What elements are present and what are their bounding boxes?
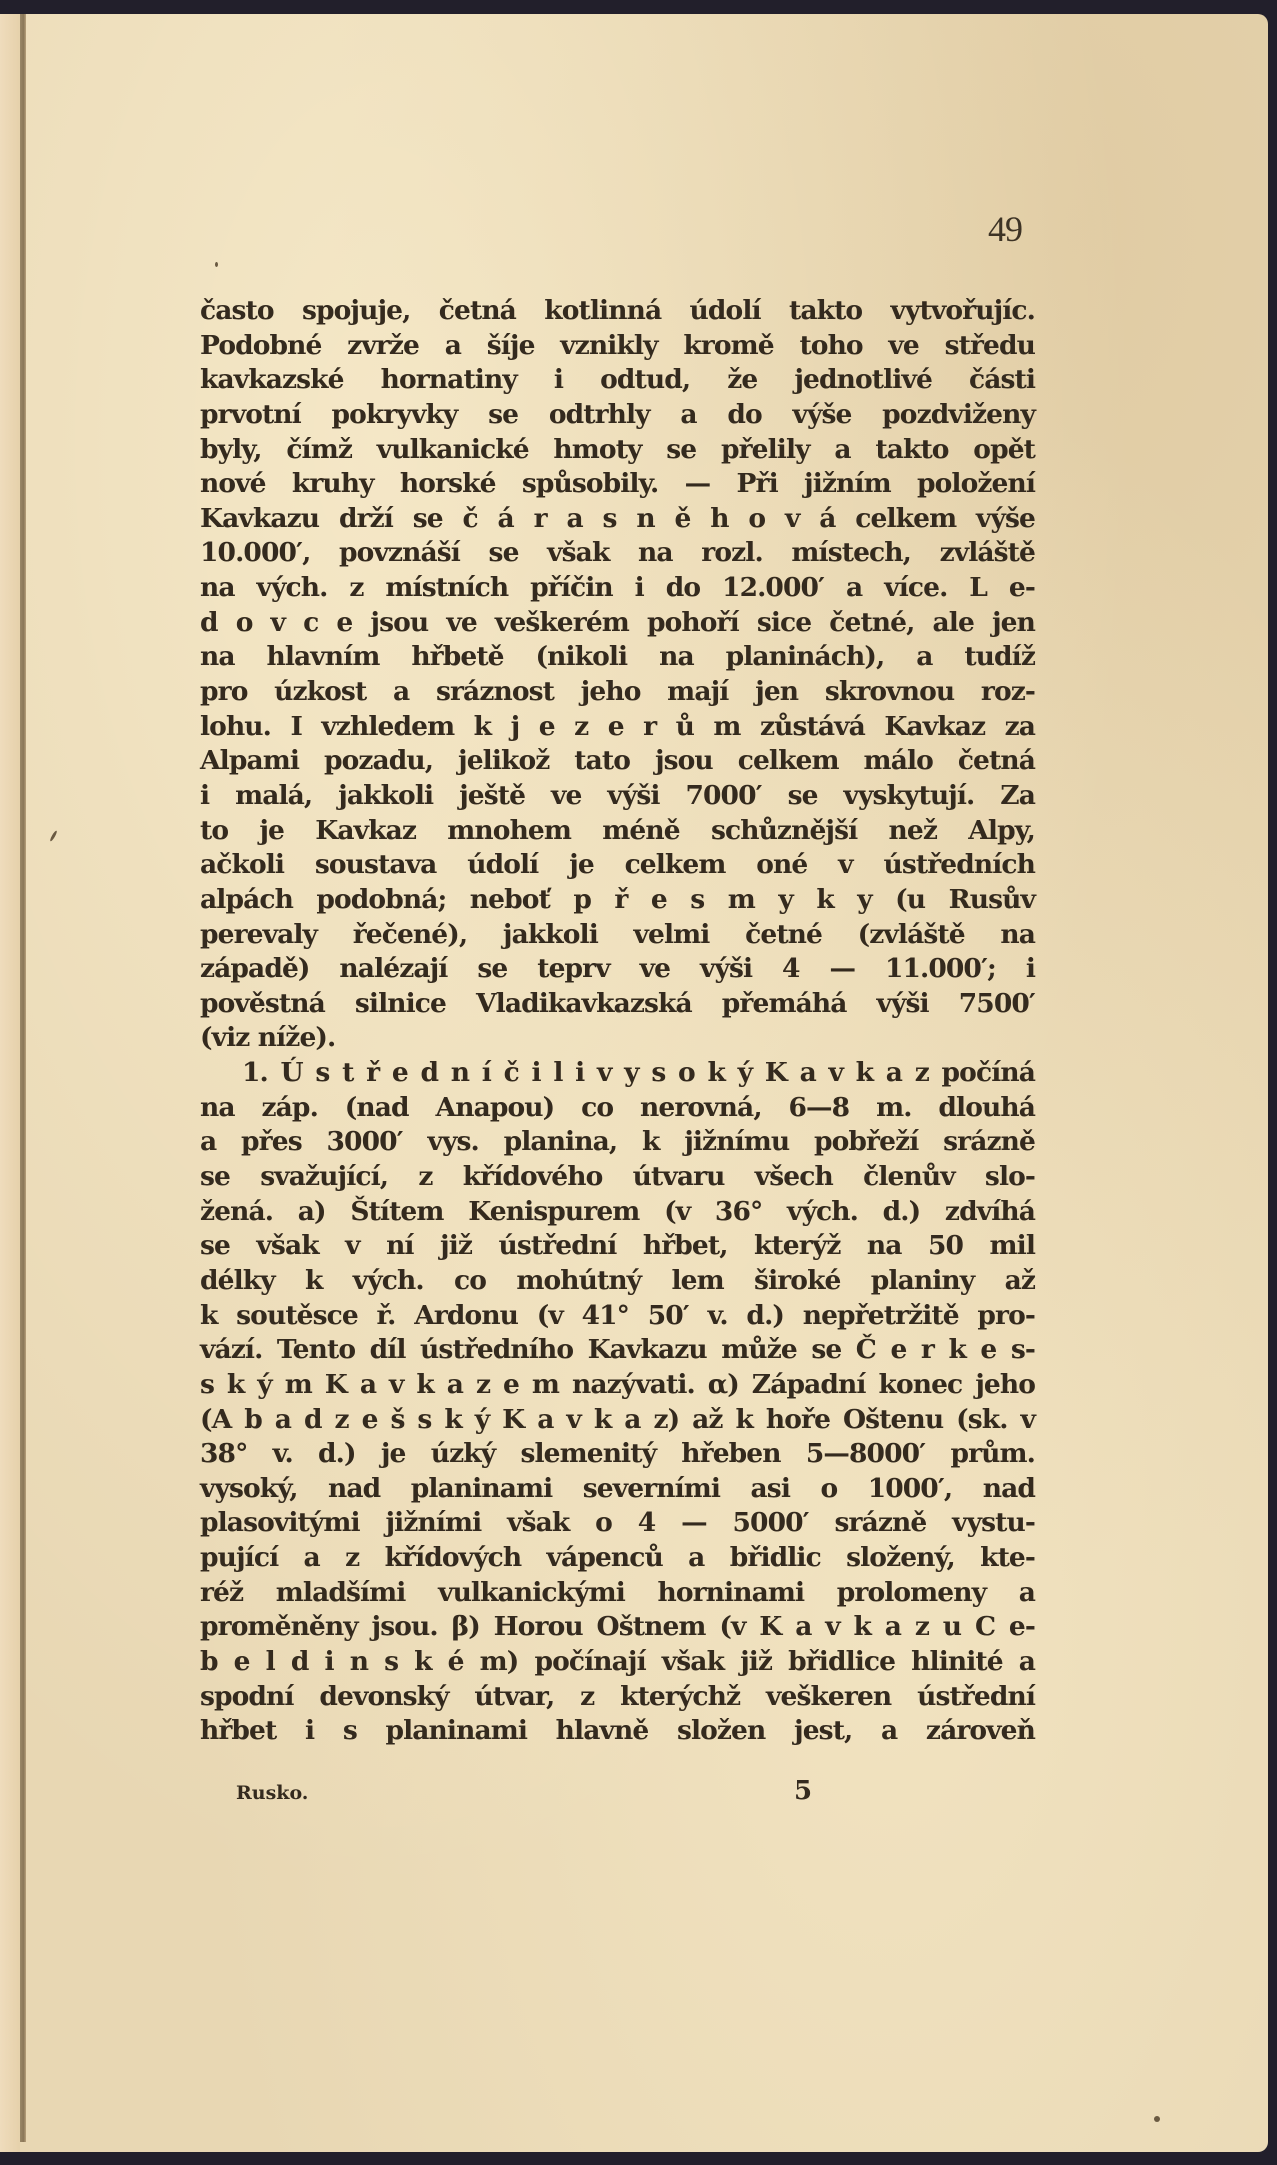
text-line: nové kruhy horské spůsobily. — Při jižní… — [200, 467, 1035, 502]
paper-speck — [49, 830, 58, 842]
text-line: vází. Tento díl ústředního Kavkazu může … — [200, 1333, 1035, 1368]
text-line: pro úzkost a sráznost jeho mají jen skro… — [200, 675, 1035, 710]
body-text: často spojuje, četná kotlinná údolí takt… — [200, 294, 1035, 1749]
text-line: hřbet i s planinami hlavně složen jest, … — [200, 1714, 1035, 1749]
text-line: 38° v. d.) je úzký slemenitý hřeben 5—80… — [200, 1437, 1035, 1472]
binding-gutter-line — [20, 14, 26, 2142]
text-line: plasovitými jižními však o 4 — 5000′ srá… — [200, 1506, 1035, 1541]
text-line: a přes 3000′ vys. planina, k jižnímu pob… — [200, 1125, 1035, 1160]
text-line: d o v c e jsou ve veškerém pohoří sice č… — [200, 606, 1035, 641]
paper-speck — [1154, 2116, 1160, 2122]
text-line: prvotní pokryvky se odtrhly a do výše po… — [200, 398, 1035, 433]
text-line: pověstná silnice Vladikavkazská přemáhá … — [200, 987, 1035, 1022]
text-line: k soutěsce ř. Ardonu (v 41° 50′ v. d.) n… — [200, 1299, 1035, 1334]
text-line: se svažující, z křídového útvaru všech č… — [200, 1160, 1035, 1195]
text-line: žená. a) Štítem Kenispurem (v 36° vých. … — [200, 1195, 1035, 1230]
text-line: Kavkazu drží se č á r a s n ě h o v á ce… — [200, 502, 1035, 537]
text-line: délky k vých. co mohútný lem široké plan… — [200, 1264, 1035, 1299]
text-line: kavkazské hornatiny i odtud, že jednotli… — [200, 363, 1035, 398]
text-line: s k ý m K a v k a z e m nazývati. α) Záp… — [200, 1368, 1035, 1403]
binding-edge — [0, 14, 20, 2152]
text-line: na záp. (nad Anapou) co nerovná, 6—8 m. … — [200, 1091, 1035, 1126]
text-line: se však v ní již ústřední hřbet, kterýž … — [200, 1229, 1035, 1264]
text-line: pující a z křídových vápenců a břidlic s… — [200, 1541, 1035, 1576]
text-line: na hlavním hřbetě (nikoli na planinách),… — [200, 640, 1035, 675]
book-page: 49 často spojuje, četná kotlinná údolí t… — [0, 14, 1268, 2152]
section-heading-line: 1. Ú s t ř e d n í č i l i v y s o k ý K… — [200, 1056, 1035, 1091]
text-line: réž mladšími vulkanickými horninami prol… — [200, 1576, 1035, 1611]
text-line: lohu. I vzhledem k j e z e r ů m zůstává… — [200, 710, 1035, 745]
text-line: (viz níže). — [200, 1021, 1035, 1056]
text-line: byly, čímž vulkanické hmoty se přelily a… — [200, 433, 1035, 468]
text-line: 10.000′, povznáší se však na rozl. míste… — [200, 536, 1035, 571]
text-line: západě) nalézají se teprv ve výši 4 — 11… — [200, 952, 1035, 987]
text-line: b e l d i n s k é m) počínají však již b… — [200, 1645, 1035, 1680]
page-footer: Rusko. 5 — [236, 1776, 836, 1816]
sheet-number: 5 — [794, 1776, 812, 1806]
page-number: 49 — [988, 208, 1022, 250]
text-line: na vých. z místních příčin i do 12.000′ … — [200, 571, 1035, 606]
text-line: (A b a d z e š s k ý K a v k a z) až k h… — [200, 1403, 1035, 1438]
paper-speck — [215, 262, 218, 267]
footer-signature: Rusko. — [236, 1782, 308, 1804]
text-line: alpách podobná; neboť p ř e s m y k y (u… — [200, 883, 1035, 918]
text-line: Podobné zvrže a šíje vznikly kromě toho … — [200, 329, 1035, 364]
text-line: to je Kavkaz mnohem méně schůznější než … — [200, 814, 1035, 849]
text-line: Alpami pozadu, jelikož tato jsou celkem … — [200, 744, 1035, 779]
text-line: perevaly řečené), jakkoli velmi četné (z… — [200, 918, 1035, 953]
text-line: i malá, jakkoli ještě ve výši 7000′ se v… — [200, 779, 1035, 814]
text-line: vysoký, nad planinami severními asi o 10… — [200, 1472, 1035, 1507]
text-line: ačkoli soustava údolí je celkem oné v ús… — [200, 848, 1035, 883]
text-line: často spojuje, četná kotlinná údolí takt… — [200, 294, 1035, 329]
text-line: spodní devonský útvar, z kterýchž vešker… — [200, 1680, 1035, 1715]
text-line: proměněny jsou. β) Horou Oštnem (v K a v… — [200, 1610, 1035, 1645]
